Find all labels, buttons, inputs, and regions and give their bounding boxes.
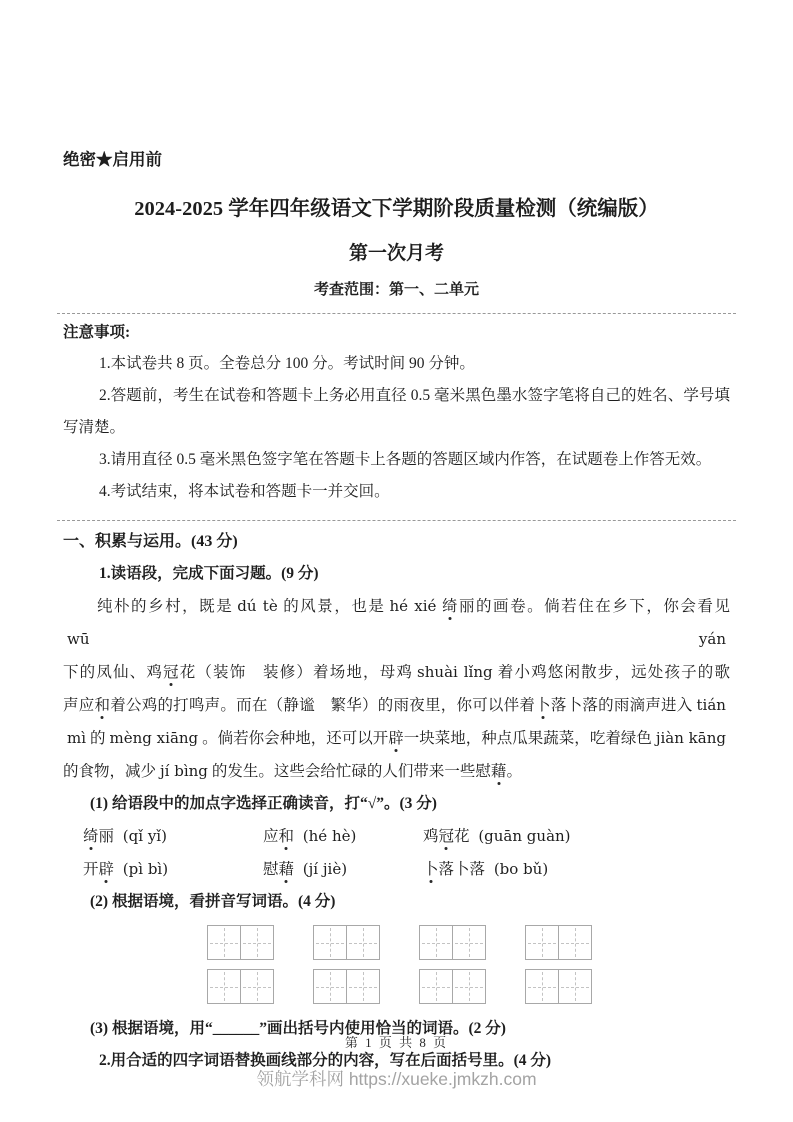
pinyin-options: (jí jiè) (298, 860, 347, 878)
emphasized-char: 和 (279, 828, 295, 845)
grid-cell (452, 970, 485, 1003)
grid-cell (208, 970, 240, 1003)
pinyin-choice-item: 鸡冠花 (guān guàn) (423, 820, 575, 853)
writing-grid-row (207, 925, 730, 960)
grid-cell (314, 926, 346, 959)
passage-text: 纯朴的乡村，既是 (97, 598, 233, 615)
notice-item-1: 1.本试卷共 8 页。全卷总分 100 分。考试时间 90 分钟。 (63, 348, 730, 380)
notice-heading: 注意事项: (63, 318, 730, 348)
passage-line: 声应和着公鸡的打鸣声。而在（静谧 繁华）的雨夜里，你可以伴着卜落卜落的雨滴声进入… (63, 689, 730, 722)
pinyin-text: jiàn kāng (656, 729, 726, 747)
passage-text: 花（装饰 装修）着场地，母鸡 (180, 664, 413, 681)
pinyin-choice-item: 应和 (hé hè) (263, 820, 423, 853)
grid-cell (314, 970, 346, 1003)
notice-section: 注意事项: 1.本试卷共 8 页。全卷总分 100 分。考试时间 90 分钟。 … (63, 318, 730, 508)
pinyin-choice-item: 卜落卜落 (bo bǔ) (423, 853, 552, 886)
sub-question-2-stem: (2) 根据语境，看拼音写词语。(4 分) (63, 886, 730, 918)
pinyin-options: (qǐ yǐ) (118, 827, 167, 845)
page-indicator: 第 1 页 共 8 页 (0, 1032, 793, 1051)
emphasized-char: 藉 (279, 861, 295, 878)
passage-text: 丽的画卷。倘若住在乡下，你会看见 (459, 598, 730, 615)
pinyin-text: dú tè (237, 597, 277, 615)
writing-grid-group (207, 925, 274, 960)
emphasized-char: 卜 (535, 697, 551, 714)
emphasized-char: 辟 (99, 861, 115, 878)
top-divider (57, 313, 736, 314)
pinyin-options: (bo bǔ) (489, 860, 548, 878)
emphasized-char: 卜 (423, 861, 439, 878)
pinyin-text: shuài lǐng (417, 663, 493, 681)
watermark: 领航学科网 https://xueke.jmkzh.com (0, 1066, 793, 1091)
grid-cell (526, 926, 558, 959)
pinyin-choice-row: 绮丽 (qǐ yǐ)应和 (hé hè)鸡冠花 (guān guàn) (63, 820, 730, 853)
passage-text: 。倘若你会种地，还可以开 (202, 730, 388, 747)
section-divider (57, 520, 736, 521)
grid-cell (346, 926, 379, 959)
pinyin-choice-item: 绮丽 (qǐ yǐ) (83, 820, 263, 853)
pinyin-options: (guān guàn) (474, 827, 571, 845)
writing-grid-row (207, 969, 730, 1004)
emphasized-char: 绮 (440, 598, 459, 615)
passage-line: 的食物，减少jí bìng的发生。这些会给忙碌的人们带来一些慰藉。 (63, 755, 730, 788)
pinyin-options: (hé hè) (298, 827, 356, 845)
grid-cell (452, 926, 485, 959)
grid-cell (558, 926, 591, 959)
sub-question-1-stem: (1) 给语段中的加点字选择正确读音，打“√”。(3 分) (63, 788, 730, 820)
pinyin-choice-row: 开辟 (pì bì)慰藉 (jí jiè)卜落卜落 (bo bǔ) (63, 853, 730, 886)
emphasized-char: 藉 (491, 763, 507, 780)
passage-text: 的 (90, 730, 106, 747)
emphasized-char: 冠 (163, 664, 180, 681)
exam-title: 2024-2025 学年四年级语文下学期阶段质量检测（统编版） (63, 195, 730, 223)
pinyin-text: jí bìng (160, 762, 208, 780)
passage-text: 落卜落的雨滴声进入 (551, 697, 693, 714)
emphasized-char: 绮 (83, 828, 99, 845)
notice-item-3: 3.请用直径 0.5 毫米黑色签字笔在答题卡上各题的答题区域内作答，在试题卷上作… (63, 444, 730, 476)
passage-text: 下的凤仙、鸡 (63, 664, 163, 681)
exam-session-title: 第一次月考 (63, 241, 730, 267)
emphasized-char: 辟 (388, 730, 404, 747)
writing-grid-group (525, 969, 592, 1004)
classification-label: 绝密★启用前 (63, 149, 730, 171)
writing-grid (207, 925, 730, 1004)
passage-text: 的发生。这些会给忙碌的人们带来一些慰 (212, 763, 491, 780)
pinyin-choice-rows: 绮丽 (qǐ yǐ)应和 (hé hè)鸡冠花 (guān guàn)开辟 (p… (63, 820, 730, 886)
writing-grid-group (419, 969, 486, 1004)
emphasized-char: 和 (94, 697, 110, 714)
grid-cell (346, 970, 379, 1003)
passage-text: 声应 (63, 697, 94, 714)
pinyin-text: wū yán (67, 630, 726, 648)
exam-paper-page: 绝密★启用前 2024-2025 学年四年级语文下学期阶段质量检测（统编版） 第… (0, 0, 793, 1122)
pinyin-text: mì (67, 729, 86, 747)
passage-text: 。 (506, 763, 522, 780)
writing-grid-group (419, 925, 486, 960)
writing-grid-group (525, 925, 592, 960)
question-1-stem: 1.读语段，完成下面习题。(9 分) (63, 558, 730, 590)
grid-cell (240, 926, 273, 959)
grid-cell (558, 970, 591, 1003)
pinyin-choice-item: 慰藉 (jí jiè) (263, 853, 423, 886)
grid-cell (240, 970, 273, 1003)
grid-cell (526, 970, 558, 1003)
passage-text: 的食物，减少 (63, 763, 156, 780)
grid-cell (420, 926, 452, 959)
grid-cell (420, 970, 452, 1003)
passage-line: 下的凤仙、鸡冠花（装饰 装修）着场地，母鸡shuài lǐng着小鸡悠闲散步，远… (63, 656, 730, 689)
passage-text: 的风景，也是 (282, 598, 386, 615)
notice-item-2: 2.答题前，考生在试卷和答题卡上务必用直径 0.5 毫米黑色墨水签字笔将自己的姓… (63, 380, 730, 444)
grid-cell (208, 926, 240, 959)
pinyin-text: hé xié (389, 597, 436, 615)
writing-grid-group (313, 925, 380, 960)
pinyin-options: (pì bì) (118, 860, 168, 878)
writing-grid-group (207, 969, 274, 1004)
pinyin-text: mèng xiāng (110, 729, 199, 747)
writing-grid-group (313, 969, 380, 1004)
emphasized-char: 冠 (439, 828, 455, 845)
passage-text: 着公鸡的打鸣声。而在（静谧 繁华）的雨夜里，你可以伴着 (110, 697, 535, 714)
pinyin-choice-item: 开辟 (pì bì) (83, 853, 263, 886)
passage-line: mì的mèng xiāng。倘若你会种地，还可以开辟一块菜地，种点瓜果蔬菜，吃着… (63, 722, 730, 755)
passage-text: 一块菜地，种点瓜果蔬菜，吃着绿色 (404, 730, 652, 747)
pinyin-text: tián (697, 696, 726, 714)
section-one-heading: 一、积累与运用。(43 分) (63, 526, 730, 558)
reading-passage: 纯朴的乡村，既是dú tè的风景，也是hé xié绮丽的画卷。倘若住在乡下，你会… (63, 590, 730, 788)
exam-scope: 考查范围：第一、二单元 (63, 280, 730, 301)
passage-text: 着小鸡悠闲散步，远处孩子的歌 (497, 664, 730, 681)
notice-item-4: 4.考试结束，将本试卷和答题卡一并交回。 (63, 476, 730, 508)
passage-line: 纯朴的乡村，既是dú tè的风景，也是hé xié绮丽的画卷。倘若住在乡下，你会… (63, 590, 730, 656)
